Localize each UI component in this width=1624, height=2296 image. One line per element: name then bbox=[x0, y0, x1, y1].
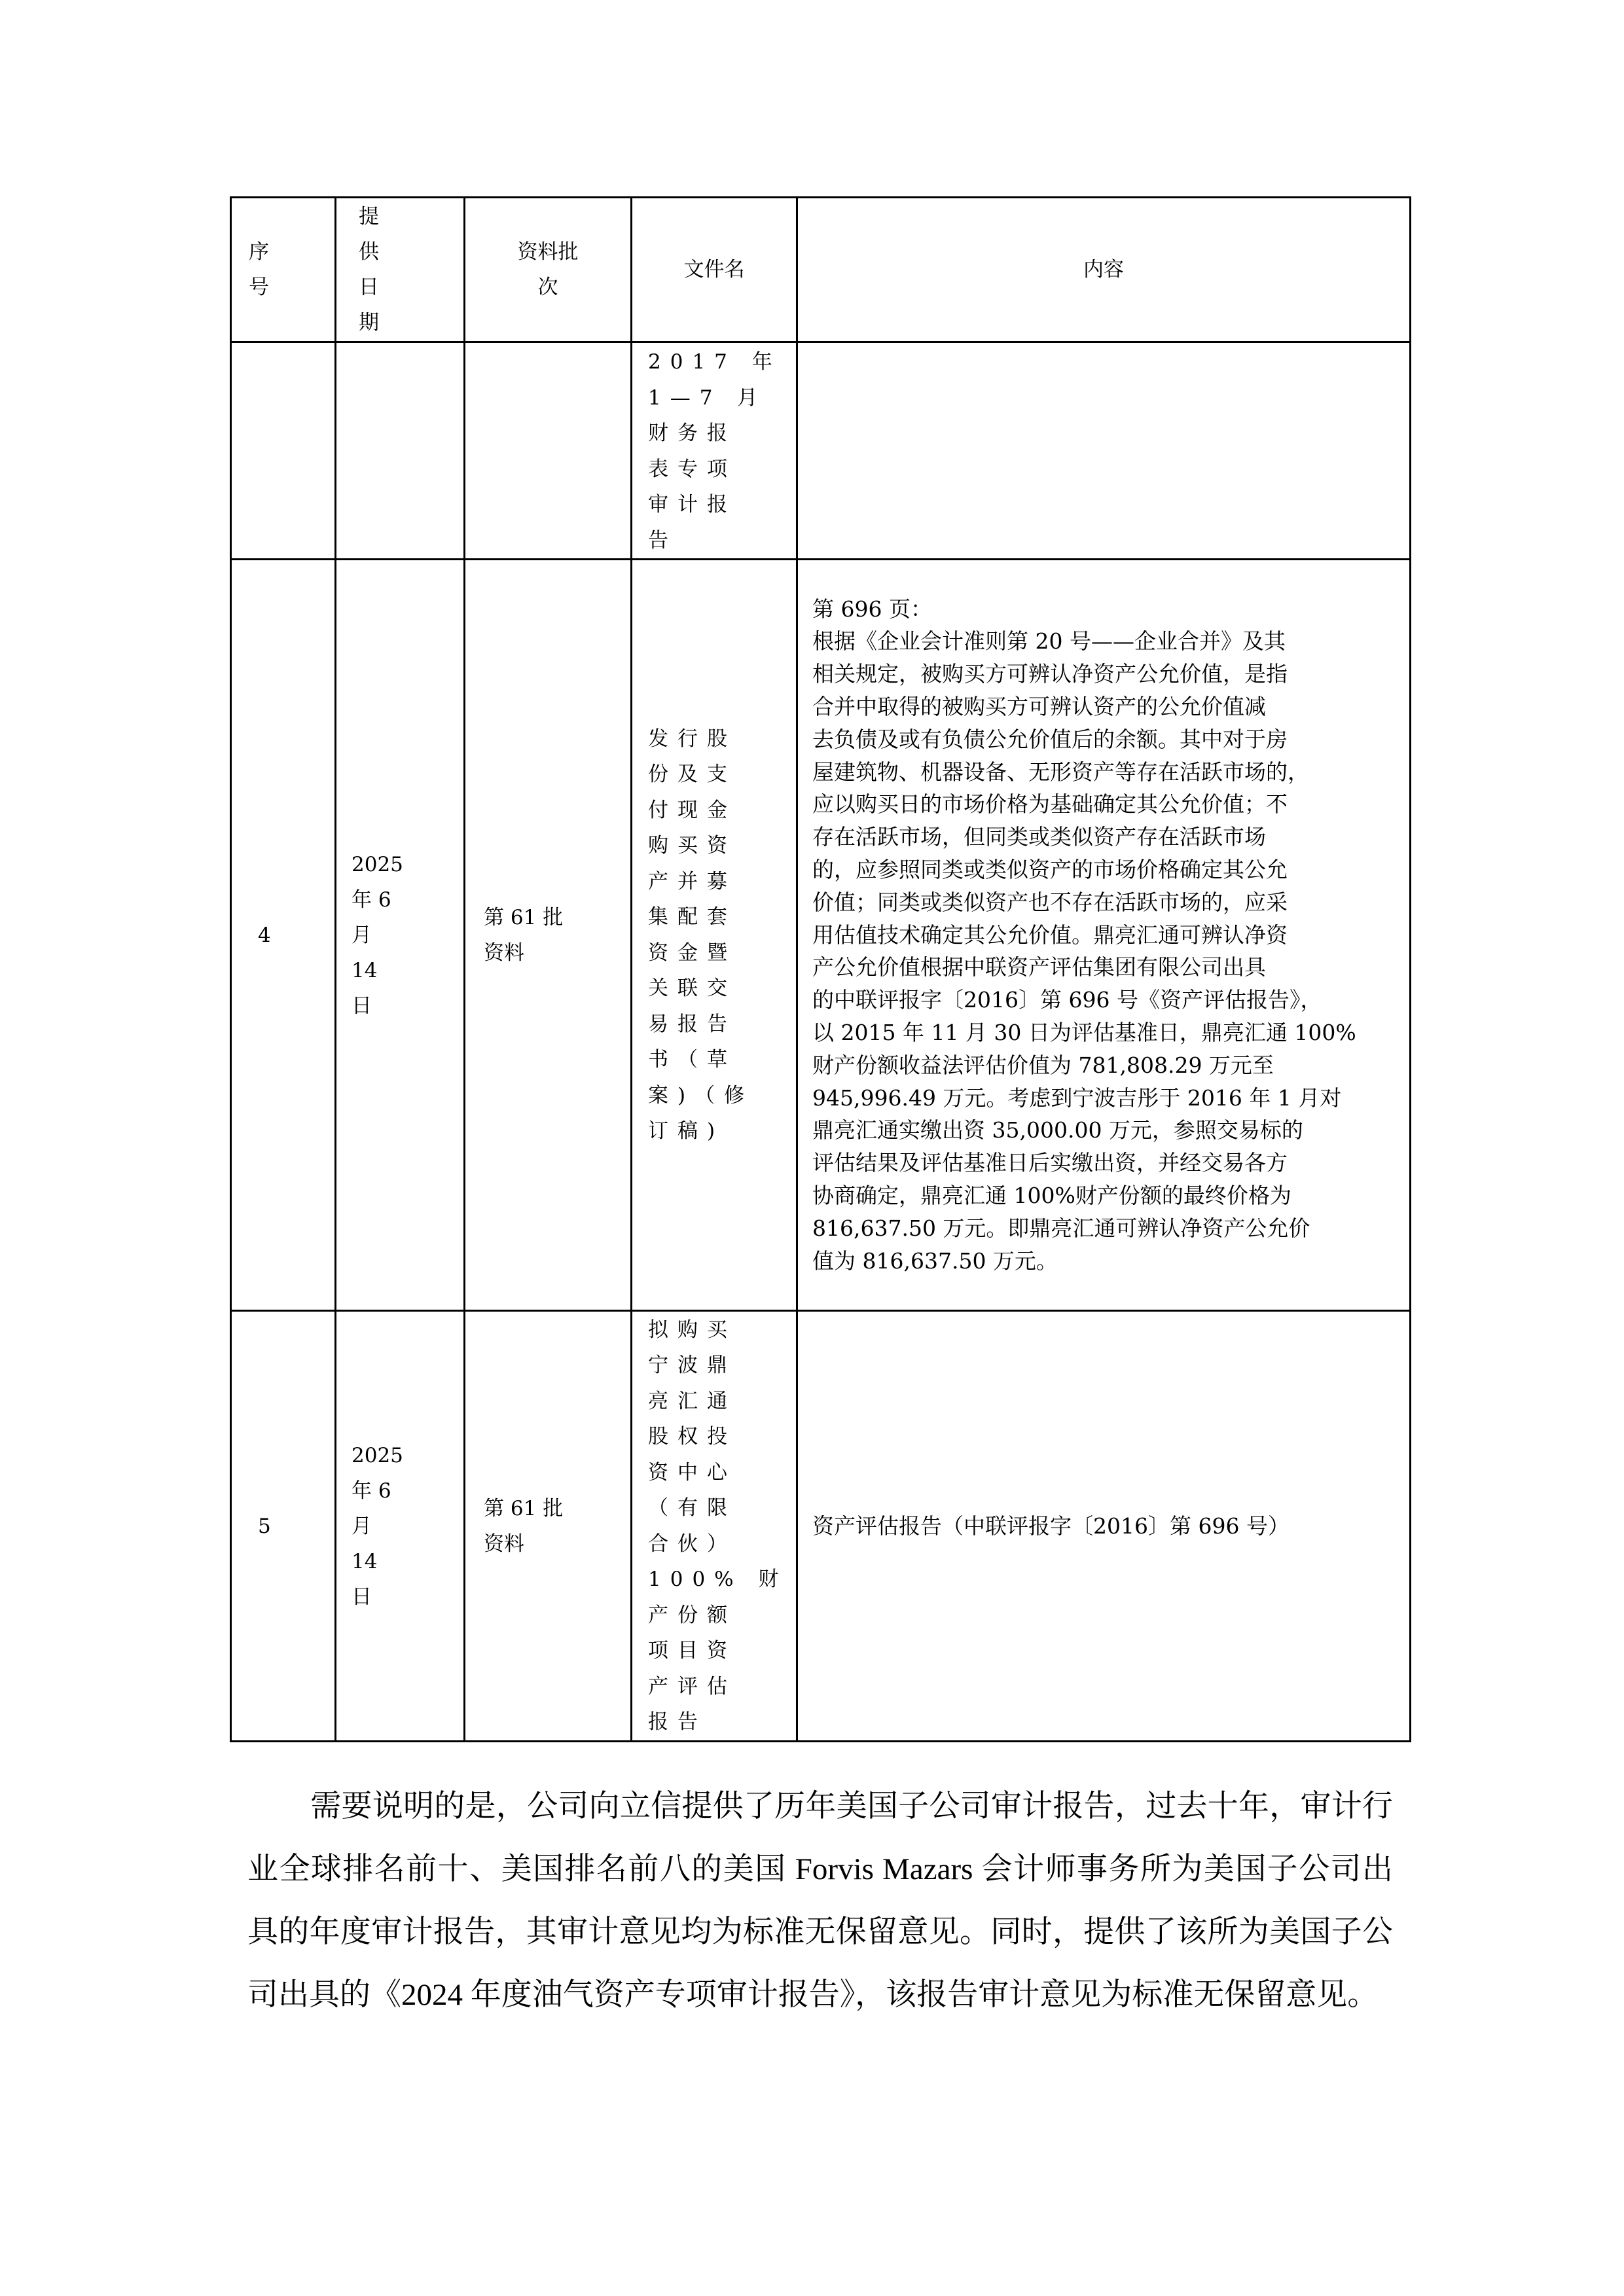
table-header-row: 序 号 提 供 日 期 资料批 次 文件名 内容 bbox=[231, 198, 1411, 342]
date-line: 日 bbox=[352, 1579, 463, 1615]
date-line: 2025 bbox=[352, 1438, 463, 1473]
date-line: 年 6 bbox=[352, 1473, 463, 1509]
document-page: 序 号 提 供 日 期 资料批 次 文件名 内容 2017 年 1—7 月 bbox=[0, 0, 1624, 2296]
date-line: 2025 bbox=[352, 847, 463, 882]
filename-line: 易报告 bbox=[648, 1007, 783, 1043]
filename-line: 关联交 bbox=[648, 971, 783, 1007]
content-line: 鼎亮汇通实缴出资 35,000.00 万元，参照交易标的 bbox=[812, 1114, 1390, 1147]
content-line: 存在活跃市场，但同类或类似资产存在活跃市场 bbox=[812, 821, 1390, 853]
filename-line: 2017 年 bbox=[648, 344, 783, 380]
filename-line: 财务报 bbox=[648, 416, 783, 452]
content-line: 以 2015 年 11 月 30 日为评估基准日，鼎亮汇通 100% bbox=[812, 1016, 1390, 1049]
content-line: 的，应参照同类或类似资产的市场价格确定其公允 bbox=[812, 853, 1390, 886]
content-line: 945,996.49 万元。考虑到宁波吉彤于 2016 年 1 月对 bbox=[812, 1082, 1390, 1115]
table-row: 5 2025 年 6 月 14 日 第 61 批 资料 拟购买 宁波鼎 亮汇通 … bbox=[231, 1311, 1411, 1742]
batch-line: 资料 bbox=[484, 935, 630, 971]
header-batch-line: 资料批 bbox=[465, 234, 630, 270]
header-content: 内容 bbox=[797, 198, 1411, 342]
cell-date bbox=[336, 342, 465, 560]
batch-line: 第 61 批 bbox=[484, 900, 630, 935]
date-line: 14 bbox=[352, 1544, 463, 1579]
header-date-line: 提 bbox=[359, 199, 463, 234]
filename-line: 100% 财 bbox=[648, 1562, 783, 1598]
filename-line: 份及支 bbox=[648, 757, 783, 793]
header-batch: 资料批 次 bbox=[465, 198, 632, 342]
content-line: 资产评估报告（中联评报字〔2016〕第 696 号） bbox=[812, 1510, 1390, 1543]
content-line: 去负债及或有负债公允价值后的余额。其中对于房 bbox=[812, 723, 1390, 756]
header-seq-line: 序 bbox=[249, 234, 334, 270]
filename-line: 发行股 bbox=[648, 721, 783, 757]
cell-seq bbox=[231, 342, 336, 560]
cell-seq: 5 bbox=[231, 1311, 336, 1742]
content-line: 816,637.50 万元。即鼎亮汇通可辨认净资产公允价 bbox=[812, 1212, 1390, 1245]
cell-batch: 第 61 批 资料 bbox=[465, 1311, 632, 1742]
content-line: 用估值技术确定其公允价值。鼎亮汇通可辨认净资 bbox=[812, 919, 1390, 952]
header-date-line: 日 bbox=[359, 270, 463, 305]
cell-filename: 拟购买 宁波鼎 亮汇通 股权投 资中心 （有限 合伙） 100% 财 产份额 项… bbox=[632, 1311, 797, 1742]
filename-line: 亮汇通 bbox=[648, 1384, 783, 1420]
content-line: 评估结果及评估基准日后实缴出资，并经交易各方 bbox=[812, 1147, 1390, 1179]
batch-line: 第 61 批 bbox=[484, 1491, 630, 1526]
date-line: 月 bbox=[352, 918, 463, 953]
header-date-line: 期 bbox=[359, 305, 463, 340]
header-seq: 序 号 bbox=[231, 198, 336, 342]
header-batch-line: 次 bbox=[465, 270, 630, 305]
cell-batch bbox=[465, 342, 632, 560]
cell-filename: 2017 年 1—7 月 财务报 表专项 审计报 告 bbox=[632, 342, 797, 560]
batch-line: 资料 bbox=[484, 1526, 630, 1562]
filename-line: 宁波鼎 bbox=[648, 1348, 783, 1384]
date-line: 月 bbox=[352, 1509, 463, 1544]
content-line: 应以购买日的市场价格为基础确定其公允价值；不 bbox=[812, 788, 1390, 821]
content-line: 值为 816,637.50 万元。 bbox=[812, 1245, 1390, 1278]
filename-line: 拟购买 bbox=[648, 1312, 783, 1348]
cell-date: 2025 年 6 月 14 日 bbox=[336, 560, 465, 1311]
header-filename: 文件名 bbox=[632, 198, 797, 342]
filename-line: 产份额 bbox=[648, 1598, 783, 1634]
content-line: 根据《企业会计准则第 20 号——企业合并》及其 bbox=[812, 625, 1390, 658]
cell-content: 资产评估报告（中联评报字〔2016〕第 696 号） bbox=[797, 1311, 1411, 1742]
filename-line: 资金暨 bbox=[648, 935, 783, 971]
content-line: 合并中取得的被购买方可辨认资产的公允价值减 bbox=[812, 691, 1390, 723]
date-line: 14 bbox=[352, 953, 463, 988]
date-line: 年 6 bbox=[352, 882, 463, 918]
content-line: 的中联评报字〔2016〕第 696 号《资产评估报告》， bbox=[812, 984, 1390, 1016]
filename-line: 购买资 bbox=[648, 828, 783, 864]
filename-line: 股权投 bbox=[648, 1419, 783, 1455]
content-line: 价值；同类或类似资产也不存在活跃市场的，应采 bbox=[812, 886, 1390, 919]
content-line: 协商确定，鼎亮汇通 100%财产份额的最终价格为 bbox=[812, 1179, 1390, 1212]
explanatory-paragraph: 需要说明的是，公司向立信提供了历年美国子公司审计报告，过去十年，审计行业全球排名… bbox=[247, 1775, 1393, 2026]
paragraph-text: 需要说明的是，公司向立信提供了历年美国子公司审计报告，过去十年，审计行业全球排名… bbox=[247, 1789, 1393, 2012]
cell-batch: 第 61 批 资料 bbox=[465, 560, 632, 1311]
filename-line: 书（草 bbox=[648, 1042, 783, 1078]
cell-content bbox=[797, 342, 1411, 560]
cell-date: 2025 年 6 月 14 日 bbox=[336, 1311, 465, 1742]
filename-line: 付现金 bbox=[648, 793, 783, 829]
header-date-line: 供 bbox=[359, 234, 463, 270]
cell-seq: 4 bbox=[231, 560, 336, 1311]
content-line: 第 696 页： bbox=[812, 593, 1390, 626]
content-line: 财产份额收益法评估价值为 781,808.29 万元至 bbox=[812, 1049, 1390, 1082]
cell-content: 第 696 页： 根据《企业会计准则第 20 号——企业合并》及其 相关规定，被… bbox=[797, 560, 1411, 1311]
table-row: 2017 年 1—7 月 财务报 表专项 审计报 告 bbox=[231, 342, 1411, 560]
filename-line: 表专项 bbox=[648, 452, 783, 488]
content-line: 产公允价值根据中联资产评估集团有限公司出具 bbox=[812, 951, 1390, 984]
cell-filename: 发行股 份及支 付现金 购买资 产并募 集配套 资金暨 关联交 易报告 书（草 … bbox=[632, 560, 797, 1311]
header-seq-line: 号 bbox=[249, 270, 334, 305]
filename-line: 产评估 bbox=[648, 1669, 783, 1705]
filename-line: 订稿) bbox=[648, 1113, 783, 1149]
filename-line: 告 bbox=[648, 523, 783, 559]
header-date: 提 供 日 期 bbox=[336, 198, 465, 342]
table-row: 4 2025 年 6 月 14 日 第 61 批 资料 发行股 份及支 付现金 … bbox=[231, 560, 1411, 1311]
materials-table: 序 号 提 供 日 期 资料批 次 文件名 内容 2017 年 1—7 月 bbox=[230, 196, 1411, 1742]
filename-line: 审计报 bbox=[648, 487, 783, 523]
content-line: 屋建筑物、机器设备、无形资产等存在活跃市场的， bbox=[812, 756, 1390, 789]
filename-line: 1—7 月 bbox=[648, 380, 783, 416]
filename-line: 集配套 bbox=[648, 899, 783, 935]
filename-line: 项目资 bbox=[648, 1633, 783, 1669]
filename-line: 产并募 bbox=[648, 864, 783, 900]
filename-line: （有限 bbox=[648, 1490, 783, 1526]
date-line: 日 bbox=[352, 988, 463, 1024]
filename-line: 资中心 bbox=[648, 1455, 783, 1491]
content-line: 相关规定，被购买方可辨认净资产公允价值，是指 bbox=[812, 658, 1390, 691]
filename-line: 报告 bbox=[648, 1704, 783, 1740]
filename-line: 案)（修 bbox=[648, 1078, 783, 1114]
filename-line: 合伙） bbox=[648, 1526, 783, 1562]
